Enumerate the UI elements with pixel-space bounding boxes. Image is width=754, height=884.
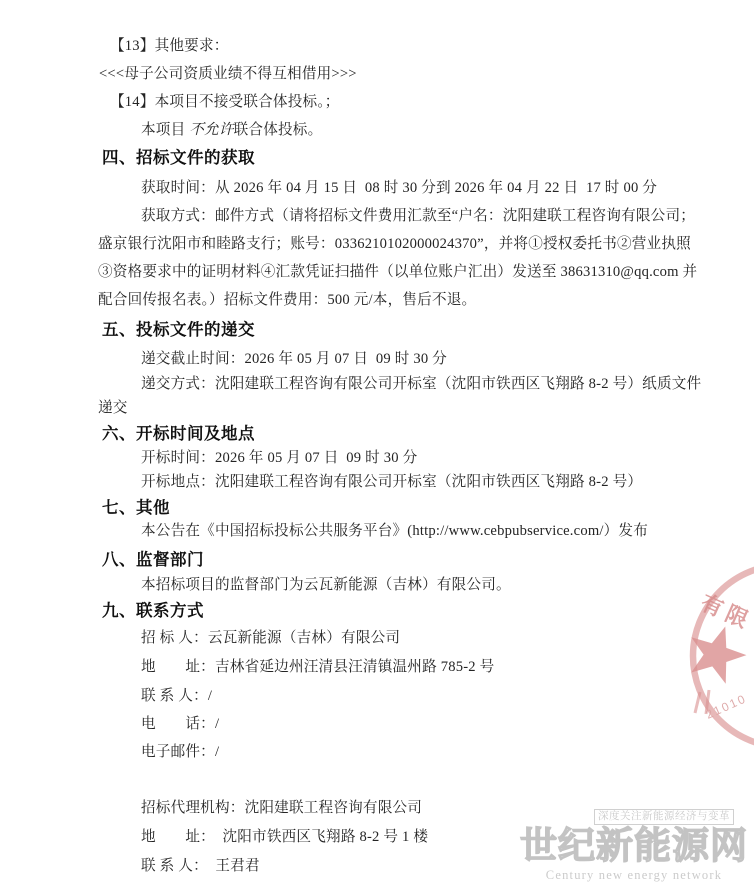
agency-contact-label: 联 系 人： <box>141 858 201 874</box>
agency-contact-value: 王君君 <box>201 858 260 874</box>
clause-13-note: <<<母子公司资质业绩不得互相借用>>> <box>99 65 357 84</box>
agency-org-value: 沈阳建联工程咨询有限公司 <box>245 800 423 816</box>
tenderer-phone-label: 电 话： <box>141 716 215 732</box>
seal-arc-text: 有限 <box>697 590 754 635</box>
restate-prefix: 本项目 <box>141 122 189 138</box>
acquire-method-line-3: ③资格要求中的证明材料④汇款凭证扫描件（以单位账户汇出）发送至 38631310… <box>98 263 697 282</box>
acquire-time-line: 获取时间：从 2026 年 04 月 15 日 08 时 30 分到 2026 … <box>141 179 657 198</box>
section-6-heading: 六、开标时间及地点 <box>102 423 255 444</box>
agency-org-label: 招标代理机构： <box>141 800 245 816</box>
submit-method-line-1: 递交方式：沈阳建联工程咨询有限公司开标室（沈阳市铁西区飞翔路 8-2 号）纸质文… <box>141 375 701 394</box>
tenderer-phone-row: 电 话：/ <box>141 715 219 734</box>
tenderer-contact-value: / <box>208 688 212 704</box>
watermark-title: 世纪新能源网 <box>515 827 753 867</box>
watermark: 深度关注新能源经济与变革 世纪新能源网 Century new energy n… <box>515 806 753 882</box>
tenderer-label: 招 标 人： <box>141 630 208 646</box>
tenderer-contact-label: 联 系 人： <box>141 688 208 704</box>
open-place-line: 开标地点：沈阳建联工程咨询有限公司开标室（沈阳市铁西区飞翔路 8-2 号） <box>141 473 642 492</box>
watermark-tagline-row: 深度关注新能源经济与变革 <box>515 806 753 825</box>
submit-deadline-line: 递交截止时间：2026 年 05 月 07 日 09 时 30 分 <box>141 350 447 369</box>
agency-org-row: 招标代理机构：沈阳建联工程咨询有限公司 <box>141 799 422 818</box>
tenderer-email-value: / <box>215 744 219 760</box>
section-5-heading: 五、投标文件的递交 <box>102 319 255 340</box>
tenderer-email-label: 电子邮件： <box>141 744 215 760</box>
tenderer-phone-value: / <box>215 716 219 732</box>
official-seal-stamp-icon: 有限 21010 <box>642 556 754 762</box>
section-7-heading: 七、其他 <box>102 497 170 518</box>
supervision-line: 本招标项目的监督部门为云瓦新能源（吉林）有限公司。 <box>141 576 511 595</box>
agency-address-row: 地 址： 沈阳市铁西区飞翔路 8-2 号 1 楼 <box>141 828 428 847</box>
acquire-method-line-2: 盛京银行沈阳市和睦路支行；账号：0336210102000024370”，并将①… <box>98 235 691 254</box>
clause-13-label: 【13】其他要求： <box>110 37 229 56</box>
acquire-method-line-4: 配合回传报名表。）招标文件费用：500 元/本，售后不退。 <box>98 291 476 310</box>
restate-emphasis: 不允许 <box>189 122 233 138</box>
watermark-tagline: 深度关注新能源经济与变革 <box>594 809 734 825</box>
agency-contact-row: 联 系 人： 王君君 <box>141 857 260 876</box>
tenderer-email-row: 电子邮件：/ <box>141 743 219 762</box>
agency-address-value: 沈阳市铁西区飞翔路 8-2 号 1 楼 <box>208 829 428 845</box>
agency-address-label: 地 址： <box>141 829 208 845</box>
submit-method-line-2: 递交 <box>98 399 128 418</box>
seal-serial-number: 21010 <box>704 691 749 721</box>
tenderer-value: 云瓦新能源（吉林）有限公司 <box>208 630 400 646</box>
open-time-line: 开标时间：2026 年 05 月 07 日 09 时 30 分 <box>141 449 417 468</box>
section-8-heading: 八、监督部门 <box>102 549 204 570</box>
tenderer-contact-row: 联 系 人：/ <box>141 687 212 706</box>
tenderer-address-label: 地 址： <box>141 659 215 675</box>
tenderer-address-row: 地 址：吉林省延边州汪清县汪清镇温州路 785-2 号 <box>141 658 494 677</box>
watermark-subtitle: Century new energy network <box>515 868 753 882</box>
announcement-platform-line: 本公告在《中国招标投标公共服务平台》(http://www.cebpubserv… <box>141 522 648 541</box>
restate-suffix: 联合体投标。 <box>234 122 323 138</box>
tenderer-row: 招 标 人：云瓦新能源（吉林）有限公司 <box>141 629 400 648</box>
acquire-method-line-1: 获取方式：邮件方式（请将招标文件费用汇款至“户名：沈阳建联工程咨询有限公司； <box>141 207 695 226</box>
tender-announcement-page: 【13】其他要求： <<<母子公司资质业绩不得互相借用>>> 【14】本项目不接… <box>0 0 754 884</box>
section-4-heading: 四、招标文件的获取 <box>102 147 255 168</box>
clause-14-label: 【14】本项目不接受联合体投标。； <box>110 93 340 112</box>
tenderer-address-value: 吉林省延边州汪清县汪清镇温州路 785-2 号 <box>215 659 494 675</box>
section-9-heading: 九、联系方式 <box>102 600 204 621</box>
clause-14-restatement: 本项目 不允许联合体投标。 <box>141 121 322 140</box>
